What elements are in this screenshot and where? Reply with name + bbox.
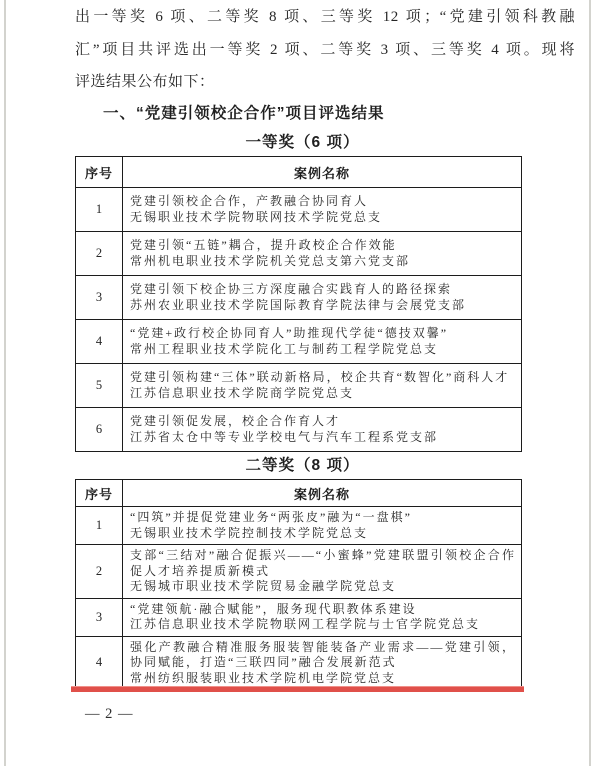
- document-page: 出一等奖 6 项、二等奖 8 项、三等奖 12 项；“党建引领科教融 汇”项目共…: [0, 0, 600, 766]
- column-header-no: 序号: [76, 157, 123, 188]
- case-org: 无锡职业技术学院控制技术学院党总支: [130, 526, 516, 542]
- intro-line-1: 出一等奖 6 项、二等奖 8 项、三等奖 12 项；“党建引领科教融: [75, 1, 575, 34]
- first-prize-table: 序号 案例名称 1 党建引领校企合作，产教融合协同育人无锡职业技术学院物联网技术…: [75, 156, 522, 452]
- table-row: 2 支部“三结对”融合促振兴——“小蜜蜂”党建联盟引领校企合作促人才培养提质新模…: [76, 545, 522, 599]
- case-org: 江苏信息职业技术学院商学院党总支: [130, 386, 516, 402]
- case-org: 苏州农业职业技术学院国际教育学院法律与会展党支部: [130, 298, 516, 314]
- case-title: 党建引领促发展，校企合作育人才: [130, 414, 516, 430]
- case-org: 江苏信息职业技术学院物联网工程学院与士官学院党总支: [130, 617, 516, 633]
- table-header-row: 序号 案例名称: [76, 480, 522, 507]
- row-number: 4: [76, 320, 123, 364]
- row-number: 3: [76, 598, 123, 636]
- table-row: 4 强化产教融合精准服务服装智能装备产业需求——党建引领，协同赋能，打造“三联四…: [76, 636, 522, 690]
- intro-line-2: 汇”项目共评选出一等奖 2 项、二等奖 3 项、三等奖 4 项。现将: [75, 34, 575, 67]
- row-number: 2: [76, 232, 123, 276]
- table-row: 1 “四筑”并提促党建业务“两张皮”融为“一盘棋”无锡职业技术学院控制技术学院党…: [76, 507, 522, 545]
- case-org: 常州机电职业技术学院机关党总支第六党支部: [130, 254, 516, 270]
- case-title: 强化产教融合精准服务服装智能装备产业需求——党建引领，协同赋能，打造“三联四同”…: [130, 640, 516, 671]
- table-row: 5 党建引领构建“三体”联动新格局，校企共育“数智化”商科人才江苏信息职业技术学…: [76, 364, 522, 408]
- case-title: 党建引领校企合作，产教融合协同育人: [130, 194, 516, 210]
- section-title: 一、“党建引领校企合作”项目评选结果: [103, 101, 385, 123]
- table-row: 3 党建引领下校企协三方深度融合实践育人的路径探索苏州农业职业技术学院国际教育学…: [76, 276, 522, 320]
- intro-paragraph: 出一等奖 6 项、二等奖 8 项、三等奖 12 项；“党建引领科教融 汇”项目共…: [75, 1, 575, 99]
- second-prize-caption: 二等奖（8 项）: [75, 453, 530, 475]
- case-org: 无锡职业技术学院物联网技术学院党总支: [130, 210, 516, 226]
- case-org: 江苏省太仓中等专业学校电气与汽车工程系党支部: [130, 430, 516, 446]
- row-number: 1: [76, 507, 123, 545]
- red-underline-annotation: [71, 686, 524, 692]
- case-title: 党建引领构建“三体”联动新格局，校企共育“数智化”商科人才: [130, 370, 516, 386]
- intro-line-3: 评选结果公布如下：: [75, 66, 575, 99]
- table-row: 6 党建引领促发展，校企合作育人才江苏省太仓中等专业学校电气与汽车工程系党支部: [76, 408, 522, 452]
- first-prize-caption: 一等奖（6 项）: [75, 130, 530, 152]
- row-number: 4: [76, 636, 123, 690]
- case-title: “四筑”并提促党建业务“两张皮”融为“一盘棋”: [130, 510, 516, 526]
- row-number: 6: [76, 408, 123, 452]
- row-number: 1: [76, 188, 123, 232]
- case-org: 常州纺织服装职业技术学院机电学院党总支: [130, 671, 516, 687]
- case-title: “党建+政行校企协同育人”助推现代学徒“德技双馨”: [130, 326, 516, 342]
- page-right-edge: [589, 0, 591, 766]
- table-row: 4 “党建+政行校企协同育人”助推现代学徒“德技双馨”常州工程职业技术学院化工与…: [76, 320, 522, 364]
- page-left-edge: [4, 0, 6, 766]
- case-title: 支部“三结对”融合促振兴——“小蜜蜂”党建联盟引领校企合作促人才培养提质新模式: [130, 548, 516, 579]
- case-org: 无锡城市职业技术学院贸易金融学院党总支: [130, 579, 516, 595]
- column-header-no: 序号: [76, 480, 123, 507]
- row-number: 3: [76, 276, 123, 320]
- column-header-case: 案例名称: [123, 157, 522, 188]
- table-header-row: 序号 案例名称: [76, 157, 522, 188]
- second-prize-table: 序号 案例名称 1 “四筑”并提促党建业务“两张皮”融为“一盘棋”无锡职业技术学…: [75, 479, 522, 690]
- case-title: 党建引领下校企协三方深度融合实践育人的路径探索: [130, 282, 516, 298]
- case-org: 常州工程职业技术学院化工与制药工程学院党总支: [130, 342, 516, 358]
- column-header-case: 案例名称: [123, 480, 522, 507]
- row-number: 5: [76, 364, 123, 408]
- row-number: 2: [76, 545, 123, 599]
- table-row: 3 “党建领航·融合赋能”，服务现代职教体系建设江苏信息职业技术学院物联网工程学…: [76, 598, 522, 636]
- case-title: “党建领航·融合赋能”，服务现代职教体系建设: [130, 602, 516, 618]
- table-row: 1 党建引领校企合作，产教融合协同育人无锡职业技术学院物联网技术学院党总支: [76, 188, 522, 232]
- table-row: 2 党建引领“五链”耦合，提升政校企合作效能常州机电职业技术学院机关党总支第六党…: [76, 232, 522, 276]
- page-number: — 2 —: [85, 706, 134, 723]
- case-title: 党建引领“五链”耦合，提升政校企合作效能: [130, 238, 516, 254]
